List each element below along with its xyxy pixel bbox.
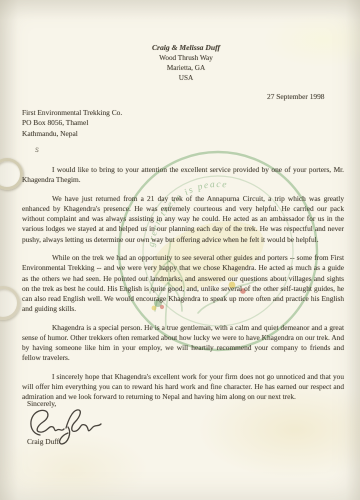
sender-address-block: Craig & Melissa Duff Wood Thrush Way Mar… [131, 43, 241, 83]
recipient-line: Kathmandu, Nepal [22, 129, 122, 139]
letter-date: 27 September 1998 [267, 92, 324, 101]
punch-hole [0, 158, 23, 190]
paragraph: I sincerely hope that Khagendra's excell… [22, 372, 344, 402]
sender-address-line: Wood Thrush Way [131, 53, 241, 63]
recipient-line: PO Box 8056, Thamel [22, 118, 122, 128]
paragraph: I would like to bring to your attention … [22, 165, 344, 185]
sender-address-line: Marietta, GA [131, 63, 241, 73]
sender-address-line: USA [131, 73, 241, 83]
punch-hole [0, 286, 20, 320]
handwritten-mark: s [34, 145, 40, 155]
sender-name: Craig & Melissa Duff [131, 43, 241, 53]
recipient-address-block: First Environmental Trekking Co. PO Box … [22, 108, 122, 139]
letter-body: I would like to bring to your attention … [22, 165, 344, 411]
scanned-letter-page: Craig & Melissa Duff Wood Thrush Way Mar… [0, 0, 360, 500]
paragraph: We have just returned from a 21 day trek… [22, 194, 344, 245]
recipient-line: First Environmental Trekking Co. [22, 108, 122, 118]
paragraph: Khagendra is a special person. He is a t… [22, 323, 344, 364]
signer-name: Craig Duff [27, 437, 59, 446]
paragraph: While on the trek we had an opportunity … [22, 253, 344, 314]
